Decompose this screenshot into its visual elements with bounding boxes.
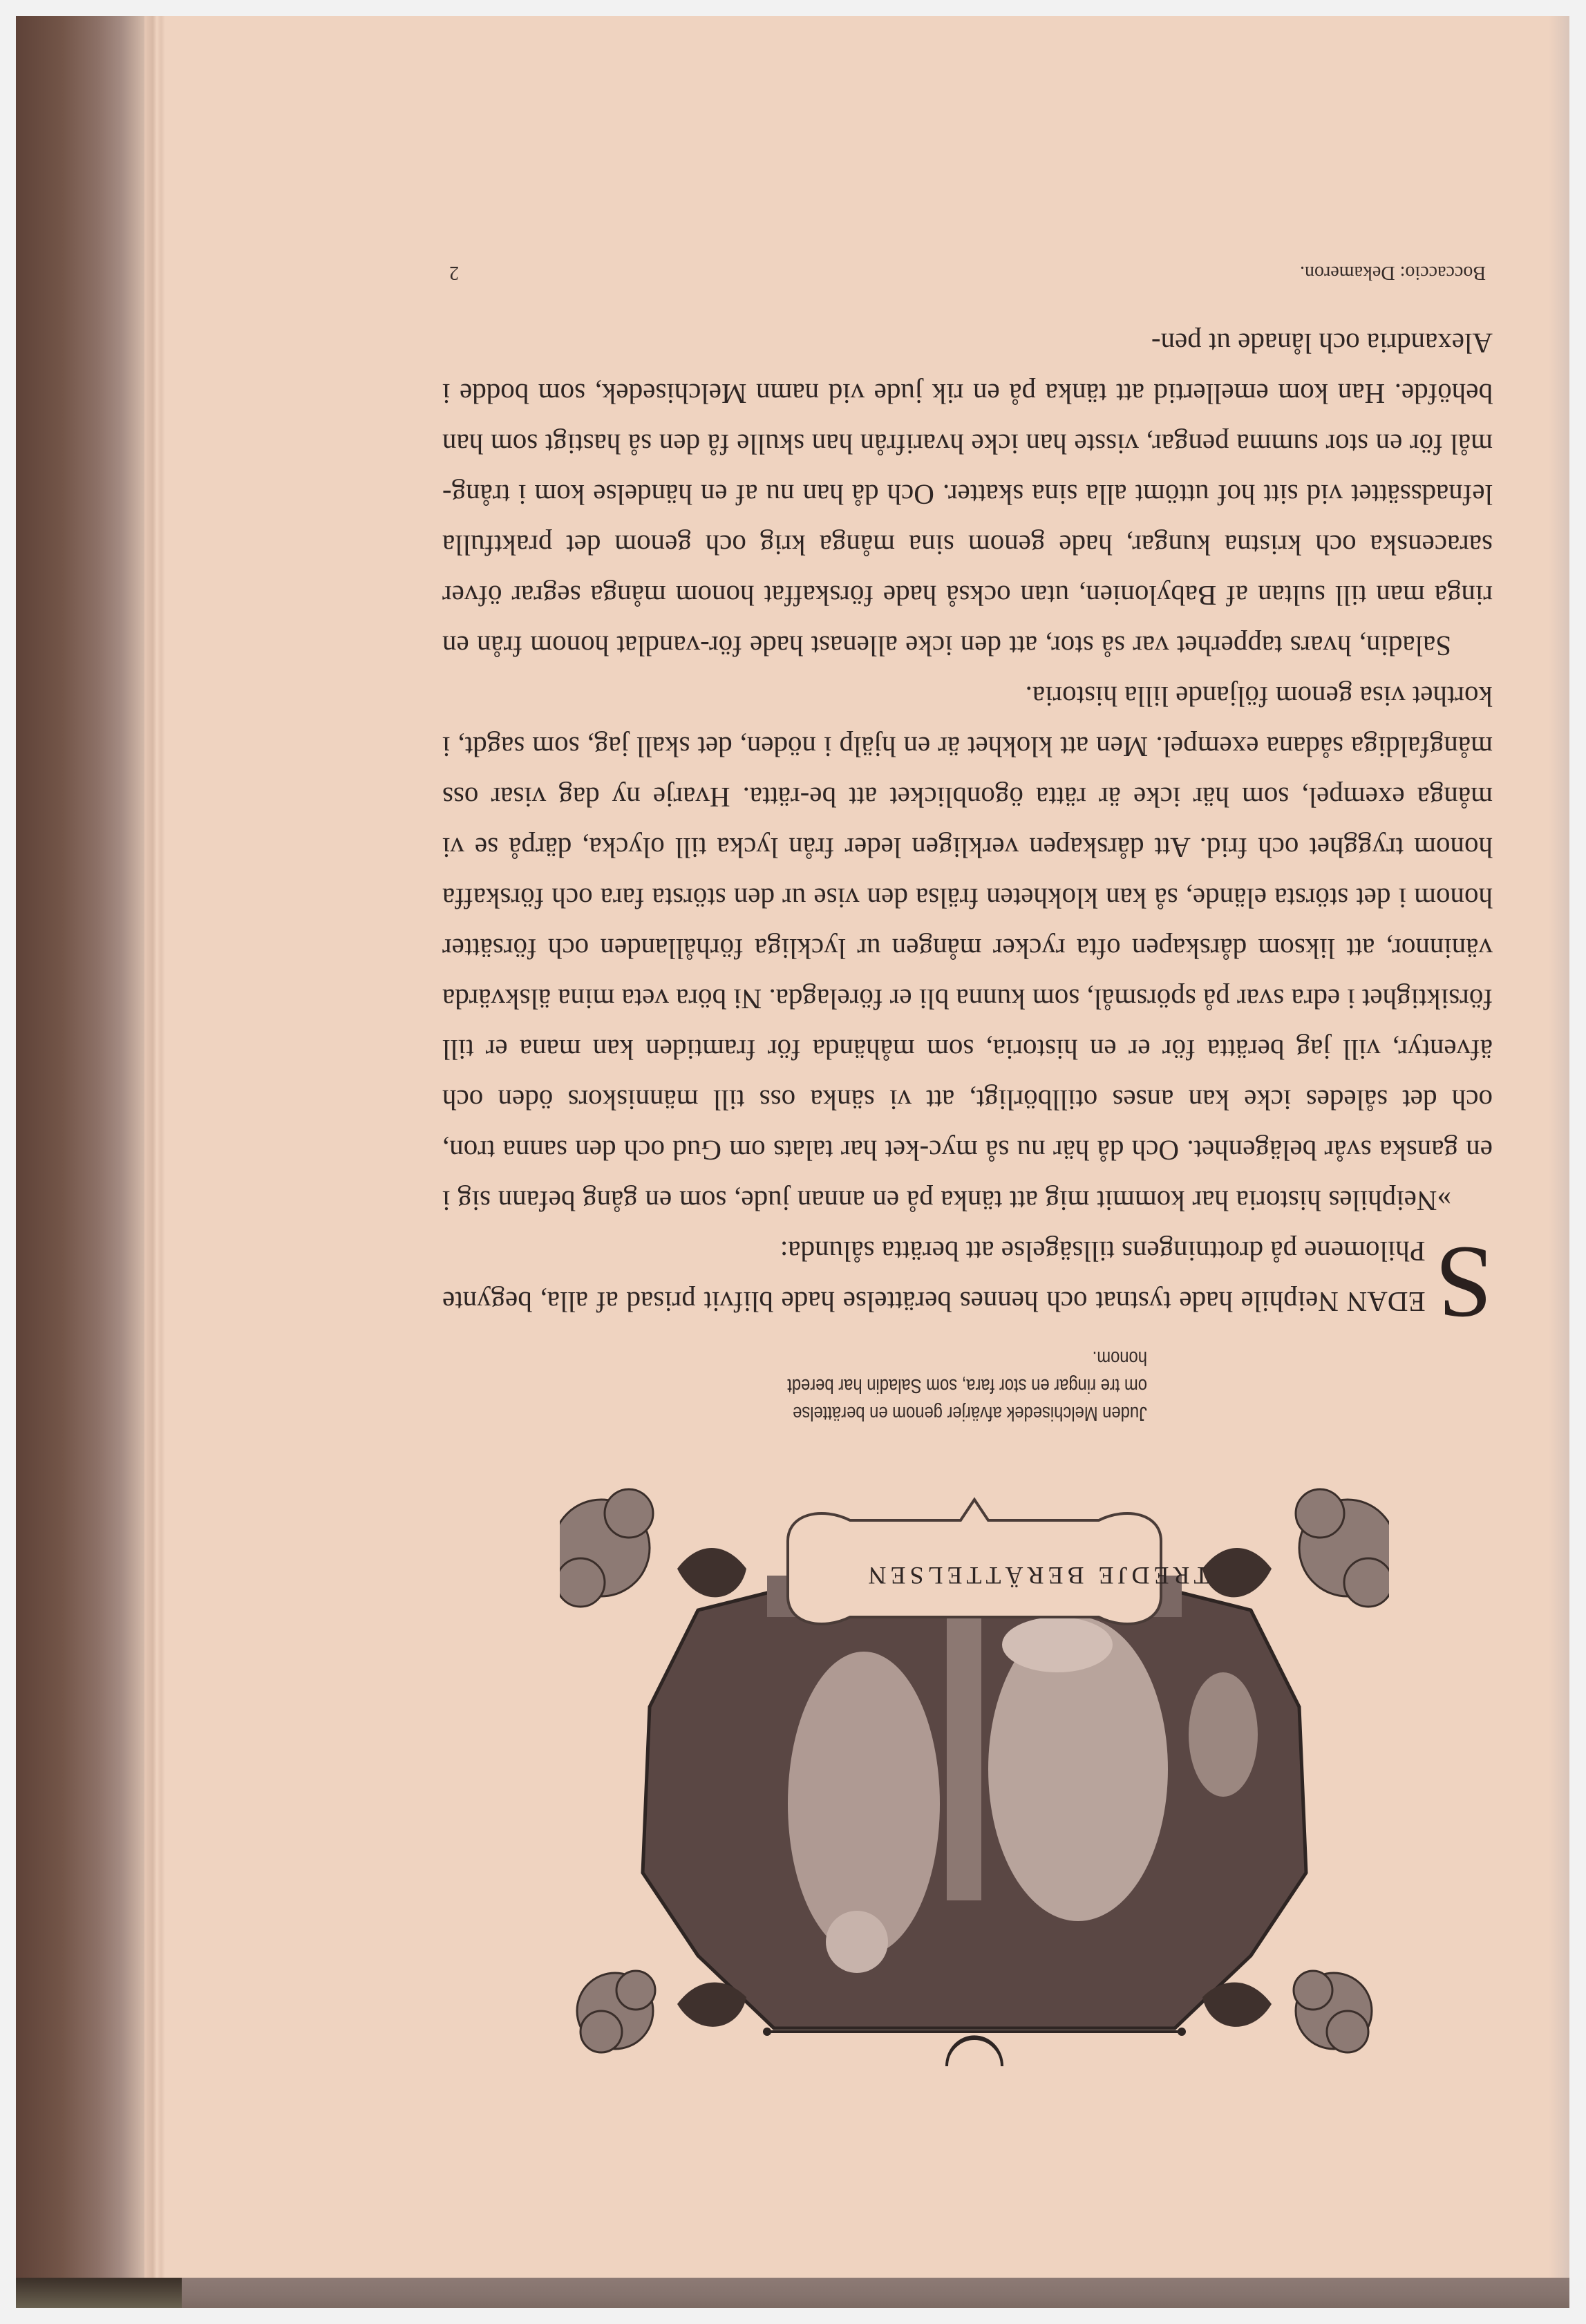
- corner-shadow: [16, 2278, 182, 2308]
- drop-cap: S: [1435, 1241, 1493, 1324]
- story-body: SEDAN Neiphile hade tystnat och hennes b…: [442, 318, 1493, 1327]
- story-title-cartouche: TREDJE BERÄTTELSEN: [829, 1534, 1244, 1617]
- paragraph-text: »Neiphiles historia har kommit mig att t…: [442, 681, 1493, 1217]
- paragraph: Saladin, hvars tapperhet var så stor, at…: [442, 318, 1493, 671]
- scanner-bottom-strip: [16, 2278, 1569, 2308]
- paragraph-text: Saladin, hvars tapperhet var så stor, at…: [442, 328, 1493, 662]
- paragraph-text: EDAN Neiphile hade tystnat och hennes be…: [442, 1236, 1426, 1318]
- signature-mark: 2: [449, 261, 459, 283]
- page-content: TREDJE BERÄTTELSEN Juden Melchisedek afv…: [415, 228, 1507, 2094]
- paragraph-opening: SEDAN Neiphile hade tystnat och hennes b…: [442, 1226, 1493, 1327]
- summary-line: honom.: [558, 1344, 1147, 1372]
- paragraph: »Neiphiles historia har kommit mig att t…: [442, 671, 1493, 1226]
- summary-line: om tre ringar en stor fara, som Saladin …: [558, 1372, 1147, 1399]
- book-title-signature: Boccaccio: Dekameron.: [1300, 261, 1486, 283]
- chapter-summary: Juden Melchisedek afvärjer genom en berä…: [558, 1344, 1147, 1427]
- page-stack-edge: [144, 16, 165, 2308]
- story-title: TREDJE BERÄTTELSEN: [865, 1561, 1209, 1590]
- summary-line: Juden Melchisedek afvärjer genom en berä…: [558, 1399, 1147, 1427]
- page-edge-fade: [1549, 16, 1569, 2308]
- page-footer: Boccaccio: Dekameron. 2: [449, 261, 1486, 283]
- book-spine-shadow: [16, 16, 147, 2308]
